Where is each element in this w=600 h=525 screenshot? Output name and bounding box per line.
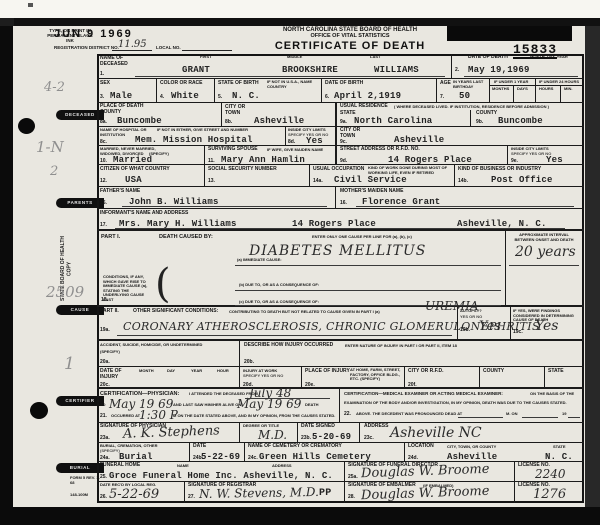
print-run-note: 148-100M: [70, 493, 88, 498]
findings-value: Yes: [535, 318, 559, 334]
embalmer-license-value: 1276: [533, 487, 566, 502]
field-cemetery: NAME OF CEMETERY OR CREMATORY 24c. Green…: [245, 443, 405, 462]
field-date-signed: DATE SIGNED 23b. 5-20-69: [298, 423, 360, 443]
age-value: 50: [459, 91, 470, 101]
field-age-under-1-year: IF UNDER 1 YEAR MONTHS DAYS: [490, 79, 536, 103]
field-physician-address: ADDRESS 23c. Asheville NC: [360, 423, 584, 443]
field-injury-state: STATE: [545, 367, 584, 389]
field-place-of-death-county: PLACE OF DEATH COUNTY 8a. Buncombe: [97, 103, 222, 127]
citizen-value: USA: [125, 175, 142, 185]
residence-city-value: Asheville: [394, 135, 444, 145]
field-father-name: FATHER'S NAME 15. John B. Williams: [97, 187, 336, 209]
field-accident-type: ACCIDENT, SUICIDE, HOMICIDE, OR UNDETERM…: [97, 341, 240, 367]
burial-city-value: Asheville: [447, 452, 497, 462]
section-part1-cause-of-death: PART I. DEATH CAUSED BY: ENTER ONLY ONE …: [97, 231, 584, 307]
physician-address-value: Asheville NC: [390, 425, 482, 441]
margin-note-4: 2509: [46, 283, 84, 301]
field-marital-status: MARRIED, NEVER MARRIED, WIDOWED, DIVORCE…: [97, 146, 205, 165]
form-revision-note: FORM 5 REV. 1-68: [70, 476, 100, 485]
field-informant: INFORMANT'S NAME AND ADDRESS 17. Mrs. Ma…: [97, 209, 584, 231]
autopsy-value: Yes: [479, 319, 501, 334]
field-date-of-injury: DATE OF INJURY MONTH DAY YEAR HOUR 20c.: [97, 367, 240, 389]
field-director-license: LICENSE NO. 2240: [515, 462, 584, 482]
scan-speck: [28, 3, 33, 7]
field-hospital: NAME OF HOSPITAL OR INSTITUTION IF NOT I…: [97, 127, 286, 146]
form-title: CERTIFICATE OF DEATH: [252, 40, 448, 52]
race-value: White: [171, 91, 199, 101]
registrar-signature-value: N. W. Stevens, M.D.: [199, 485, 319, 501]
burial-date-value: 5-22-69: [201, 452, 240, 462]
field-injury-city: CITY OR R.F.D. 20f.: [405, 367, 480, 389]
field-embalmer-signature: SIGNATURE OF EMBALMER (IF EMBALMED) 28. …: [345, 482, 515, 503]
degree-value: M.D.: [258, 428, 287, 442]
field-registrar-signature: SIGNATURE OF REGISTRAR 27. N. W. Stevens…: [185, 482, 345, 503]
registration-district-value: 11.95: [118, 39, 147, 50]
field-funeral-director-signature: SIGNATURE OF FUNERAL DIRECTOR 25a. Dougl…: [345, 462, 515, 482]
other-conditions-value: CORONARY ATHEROSCLEROSIS, CHRONIC GLOMER…: [123, 320, 540, 333]
field-describe-injury: DESCRIBE HOW INJURY OCCURRED ENTER NATUR…: [240, 341, 584, 367]
section-certification-examiner: CERTIFICATION—MEDICAL EXAMINER OR ACTING…: [340, 389, 584, 423]
residence-state-value: North Carolina: [354, 116, 432, 126]
field-mother-name: MOTHER'S MAIDEN NAME 16. Florence Grant: [336, 187, 584, 209]
field-state-of-birth: STATE OF BIRTH IF NOT IN U.S.A., NAME CO…: [215, 79, 322, 103]
field-burial-type: BURIAL, CREMATION, OTHER (SPECIFY) 24a. …: [97, 443, 190, 462]
field-place-of-death-city: CITY OR TOWN 8b. Asheville: [222, 103, 336, 127]
marital-value: Married: [113, 155, 152, 165]
field-burial-date: DATE 24b. 5-22-69: [190, 443, 245, 462]
field-embalmer-license: LICENSE NO. 1276: [515, 482, 584, 503]
residence-icl-value: Yes: [546, 155, 563, 165]
redaction-bar: [447, 26, 572, 41]
field-injury-county: COUNTY: [480, 367, 545, 389]
interval-value: 20 years: [515, 244, 576, 260]
scan-right-edge: [585, 26, 600, 507]
field-citizen: CITIZEN OF WHAT COUNTRY 12. USA: [97, 165, 205, 187]
registrar-extra-value: PP: [319, 488, 331, 499]
death-certificate-scan: JUN 9 1969 REGISTRATION DISTRICT NO. 11.…: [0, 0, 600, 525]
hospital-value: Mem. Mission Hospital: [135, 135, 253, 145]
scan-top-strip: [0, 0, 600, 18]
date-of-death-value: May 19,1969: [468, 65, 530, 75]
field-date-of-birth: DATE OF BIRTH 6. April 2,1919: [322, 79, 437, 103]
immediate-cause-value: DIABETES MELLITUS: [249, 243, 426, 259]
hole-punch: [18, 118, 35, 134]
state-of-birth-value: N. C.: [232, 91, 260, 101]
field-pod-inside-city-limits: INSIDE CITY LIMITS SPECIFY YES OR NO 8d.…: [286, 127, 336, 146]
pod-icl-value: Yes: [306, 136, 323, 146]
funeral-home-value: Groce Funeral Home Inc. Asheville, N. C.: [109, 471, 333, 481]
cemetery-value: Green Hills Cemetery: [259, 452, 371, 462]
field-residence-state-county: USUAL RESIDENCE ( WHERE DECEASED LIVED. …: [336, 103, 584, 127]
deceased-last-name: WILLIAMS: [374, 65, 419, 75]
funeral-director-signature-value: Douglas W. Broome: [361, 462, 490, 481]
field-residence-city: CITY OR TOWN 9c. Asheville: [336, 127, 584, 146]
office-name: OFFICE OF VITAL STATISTICS: [252, 33, 448, 39]
registration-district-label: REGISTRATION DISTRICT NO.: [54, 45, 119, 50]
date-signed-value: 5-20-69: [312, 432, 351, 442]
physician-signature-value: A. K. Stephens: [123, 423, 220, 441]
field-burial-location: LOCATION CITY, TOWN, OR COUNTY STATE 24d…: [405, 443, 584, 462]
margin-note-3: 2: [50, 164, 58, 179]
spouse-value: Mary Ann Hamlin: [221, 155, 305, 165]
deceased-middle-name: BROOKSHIRE: [282, 65, 338, 75]
director-license-value: 2240: [535, 467, 566, 481]
field-funeral-home: FUNERAL HOME NAME ADDRESS 25. Groce Fune…: [97, 462, 345, 482]
scan-dark-band: [14, 18, 600, 26]
burial-state-value: N. C.: [545, 452, 573, 462]
date-received-value: 5-22-69: [109, 487, 159, 502]
field-street-address: STREET ADDRESS OR R.F.D. NO. 9d. 14 Roge…: [336, 146, 508, 165]
industry-value: Post Office: [491, 175, 553, 185]
hole-punch: [30, 402, 48, 419]
residence-county-value: Buncombe: [498, 116, 543, 126]
field-physician-signature: SIGNATURE OF PHYSICIAN 23a. A. K. Stephe…: [97, 423, 240, 443]
brace-icon: (: [155, 261, 171, 307]
occupation-value: Civil Service: [334, 175, 407, 185]
pod-county-value: Buncombe: [117, 116, 162, 126]
embalmer-signature-value: Douglas W. Broome: [361, 484, 490, 503]
print-instruction: TYPE, OR PRINT IN PERMANENT BLACK INK: [46, 28, 94, 44]
field-age-under-24-hours: IF UNDER 24 HOURS HOURS MIN.: [536, 79, 584, 103]
deceased-first-name: GRANT: [182, 65, 210, 75]
field-industry: KIND OF BUSINESS OR INDUSTRY 14b. Post O…: [455, 165, 584, 187]
field-name-of-deceased: NAME OF DECEASED FIRST MIDDLE LAST GRANT…: [97, 54, 452, 79]
field-degree-title: DEGREE OR TITLE M.D.: [240, 423, 298, 443]
section-certification-physician: CERTIFICATION—PHYSICIAN: I ATTENDED THE …: [97, 389, 340, 423]
field-occupation: USUAL OCCUPATION KIND OF WORK DONE DURIN…: [310, 165, 455, 187]
field-sex: SEX 3. Male: [97, 79, 157, 103]
field-date-of-death: DATE OF DEATH MONTH, DAY, YEAR 2. May 19…: [452, 54, 584, 79]
margin-note-1: 4-2: [44, 80, 65, 95]
field-race: COLOR OR RACE 4. White: [157, 79, 215, 103]
field-residence-inside-city-limits: INSIDE CITY LIMITS SPECIFY YES OR NO 9e.…: [508, 146, 584, 165]
street-address-value: 14 Rogers Place: [388, 155, 472, 165]
section-divider: [335, 103, 337, 165]
field-date-received: DATE REC'D BY LOCAL REG. 26. 5-22-69: [97, 482, 185, 503]
field-surviving-spouse: SURVIVING SPOUSE IF WIFE, GIVE MAIDEN NA…: [205, 146, 336, 165]
pod-city-value: Asheville: [254, 116, 304, 126]
sex-value: Male: [110, 91, 132, 101]
field-place-of-injury: PLACE OF INJURY AT HOME, FARM, STREET, F…: [302, 367, 405, 389]
local-no-label: LOCAL NO.: [156, 45, 181, 50]
margin-note-2: 1-N: [36, 138, 64, 156]
form-header: NORTH CAROLINA STATE BOARD OF HEALTH OFF…: [252, 27, 448, 52]
scan-bottom-band: [0, 507, 600, 525]
date-of-birth-value: April 2,1919: [334, 91, 401, 101]
field-age: AGE IN YEARS LAST BIRTHDAY 7. 50: [437, 79, 490, 103]
field-ssn: SOCIAL SECURITY NUMBER 13.: [205, 165, 310, 187]
last-alive-value: May 19 69: [237, 397, 301, 411]
scan-left-edge: [0, 26, 13, 525]
burial-type-value: Burial: [119, 452, 153, 462]
section-part2-other-conditions: PART II. OTHER SIGNIFICANT CONDITIONS: C…: [97, 307, 584, 341]
margin-note-5: 1: [64, 354, 75, 374]
